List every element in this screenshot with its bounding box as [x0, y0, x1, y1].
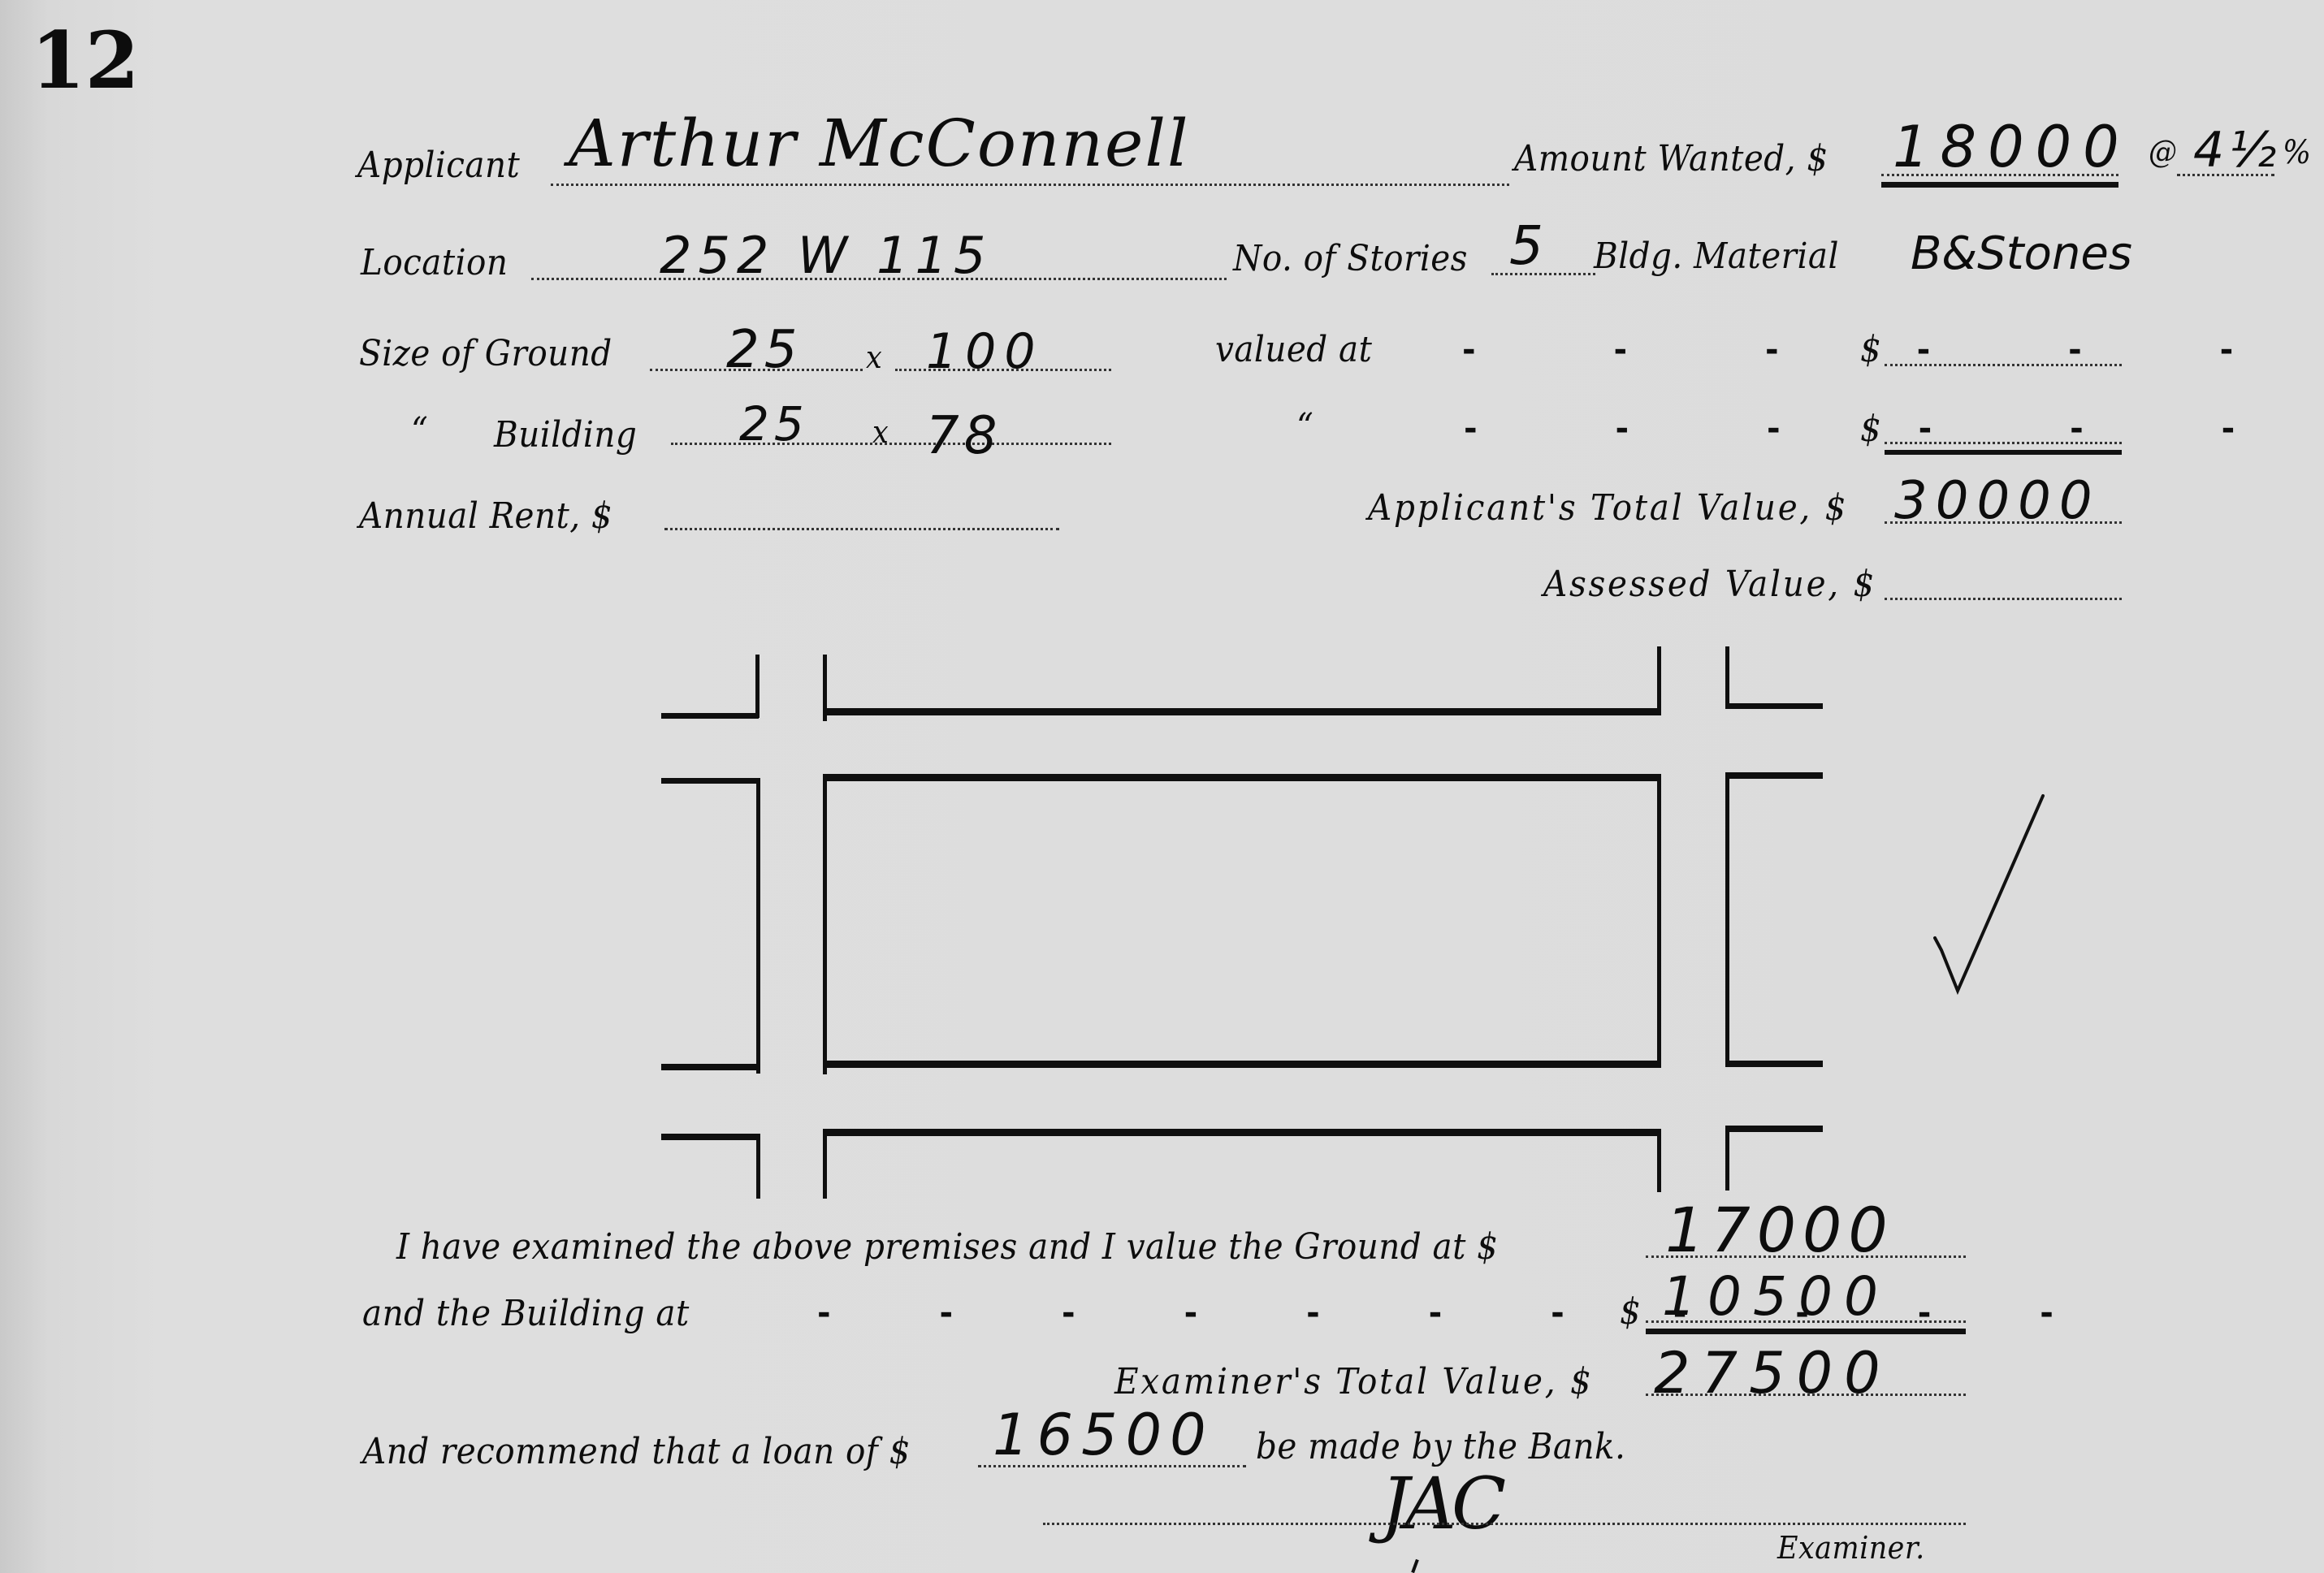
material-value[interactable]: B&Stones: [1911, 227, 2132, 280]
ground-depth-value[interactable]: 100: [926, 323, 1044, 380]
signature-line: [1043, 1523, 1966, 1525]
exam-building-label: and the Building at: [362, 1293, 690, 1334]
ground-valued-label: valued at: [1215, 329, 1372, 370]
ground-size-label: Size of Ground: [359, 333, 612, 374]
examiner-label: Examiner.: [1777, 1530, 1925, 1566]
ground-width-value[interactable]: 25: [726, 320, 802, 380]
exam-total-label: Examiner's Total Value, $: [1114, 1361, 1594, 1402]
building-value-line[interactable]: [1885, 442, 2122, 444]
amount-wanted-underline: [1881, 182, 2118, 188]
diagram-top-right-h: [1725, 703, 1823, 709]
applicant-line: [551, 184, 1509, 186]
exam-ground-value[interactable]: 17000: [1665, 1194, 1894, 1266]
diagram-bottom-mid-v-left: [823, 1134, 827, 1199]
building-size-label: Building: [494, 414, 637, 456]
exam-total-value[interactable]: 27500: [1654, 1340, 1892, 1407]
examiner-signature[interactable]: JAC: [1381, 1462, 1501, 1545]
material-label: Bldg. Material: [1594, 236, 1839, 277]
building-dollar: $: [1860, 408, 1881, 450]
diagram-right-bracket-v: [1725, 772, 1729, 1066]
applicant-total-value[interactable]: 30000: [1894, 471, 2101, 531]
ground-x: x: [866, 339, 882, 375]
diagram-top-left-h: [661, 713, 759, 719]
diagram-right-bracket-bottom: [1725, 1061, 1823, 1067]
rate-value[interactable]: 4½: [2193, 122, 2281, 179]
amount-wanted-label: Amount Wanted, $: [1514, 138, 1828, 179]
diagram-bottom-right-h: [1725, 1126, 1823, 1132]
stories-label: No. of Stories: [1233, 238, 1468, 279]
applicant-label: Applicant: [357, 145, 520, 186]
diagram-box-bottom: [823, 1061, 1661, 1068]
building-width-value[interactable]: 25: [739, 396, 809, 452]
stray-ink-mark: [1411, 1559, 1419, 1573]
loan-value[interactable]: 16500: [993, 1402, 1214, 1468]
building-valued-ditto: “: [1296, 406, 1313, 447]
diagram-left-bracket-bottom: [661, 1064, 760, 1070]
assessed-line[interactable]: [1885, 598, 2122, 600]
building-x: x: [872, 414, 889, 450]
diagram-box-right: [1657, 774, 1661, 1068]
diagram-top-mid-v-right: [1657, 646, 1661, 713]
exam-building-dash-fill: - - - - - - - - - - -: [817, 1294, 2102, 1332]
diagram-right-bracket-top: [1725, 772, 1823, 779]
assessed-label: Assessed Value, $: [1543, 564, 1876, 605]
diagram-bottom-mid-v-right: [1657, 1130, 1661, 1192]
rate-prefix: @: [2149, 134, 2177, 170]
diagram-bottom-mid-h: [823, 1129, 1661, 1136]
ground-value-line[interactable]: [1885, 364, 2122, 366]
annual-rent-label: Annual Rent, $: [359, 495, 612, 537]
building-depth-value[interactable]: 78: [926, 406, 1002, 466]
building-ditto: “: [411, 410, 428, 452]
check-mark-icon: [1933, 788, 2055, 1031]
diagram-bottom-right-v: [1725, 1126, 1729, 1191]
building-value-underline: [1885, 450, 2122, 455]
diagram-top-right-v: [1725, 646, 1729, 707]
page-number: 12: [31, 15, 140, 106]
amount-wanted-value[interactable]: 18000: [1893, 114, 2131, 180]
applicant-value[interactable]: Arthur McConnell: [569, 106, 1190, 181]
annual-rent-line[interactable]: [664, 528, 1059, 530]
exam-building-dollar: $: [1620, 1291, 1641, 1333]
diagram-bottom-left-h: [661, 1134, 760, 1140]
exam-ground-label: I have examined the above premises and I…: [396, 1226, 1498, 1268]
diagram-top-left-v: [755, 655, 760, 718]
stories-value[interactable]: 5: [1509, 214, 1548, 277]
diagram-top-mid-h: [823, 708, 1661, 715]
location-label: Location: [361, 242, 508, 283]
loan-label: And recommend that a loan of $: [362, 1431, 911, 1472]
diagram-box-top: [823, 774, 1661, 781]
exam-building-value[interactable]: 10500: [1662, 1265, 1889, 1328]
exam-building-underline: [1646, 1329, 1966, 1334]
diagram-left-bracket-top: [661, 778, 760, 784]
rate-suffix: %: [2283, 134, 2311, 171]
building-size-line: [671, 443, 1111, 445]
diagram-left-bracket-v: [756, 778, 760, 1074]
diagram-box-left: [823, 774, 827, 1074]
location-value[interactable]: 252 W 115: [660, 226, 992, 285]
ground-dollar: $: [1860, 329, 1881, 370]
diagram-bottom-left-v: [756, 1134, 760, 1199]
applicant-total-label: Applicant's Total Value, $: [1368, 487, 1848, 529]
